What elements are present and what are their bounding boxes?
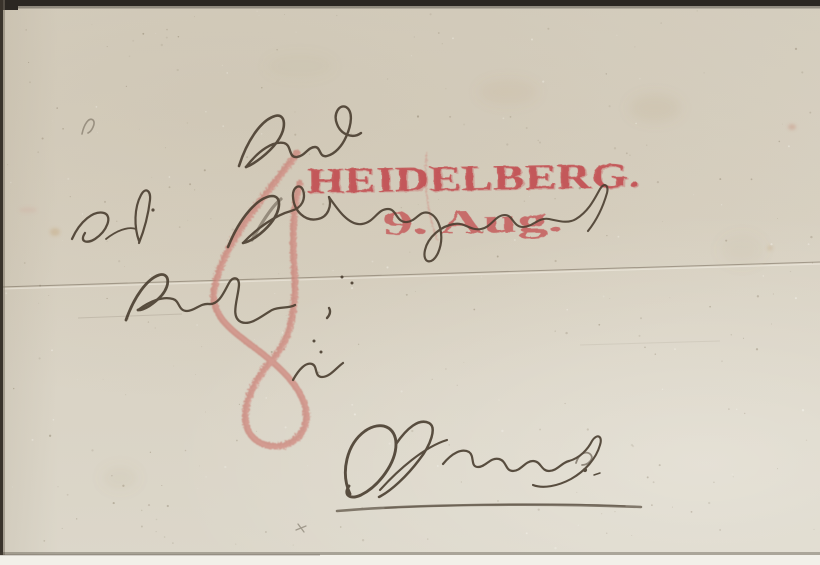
scan-edge-left [0,0,3,565]
paper-stains [102,54,764,490]
scan-edge-top [0,0,820,6]
address-line-offenburg [337,422,641,511]
cover-photo: HEIDELBERG. HEIDELBERG. 9. Aug. [0,0,820,565]
address-line-in [293,340,343,381]
offenburg-underline [337,505,641,511]
backing-strip-bottom [0,555,820,565]
postmark-town-ghost: HEIDELBERG. [308,156,642,202]
address-line-an [239,106,361,167]
fold-crease [0,262,820,345]
postmark: HEIDELBERG. HEIDELBERG. 9. Aug. [307,155,643,244]
cover-art: HEIDELBERG. HEIDELBERG. 9. Aug. [0,0,820,565]
